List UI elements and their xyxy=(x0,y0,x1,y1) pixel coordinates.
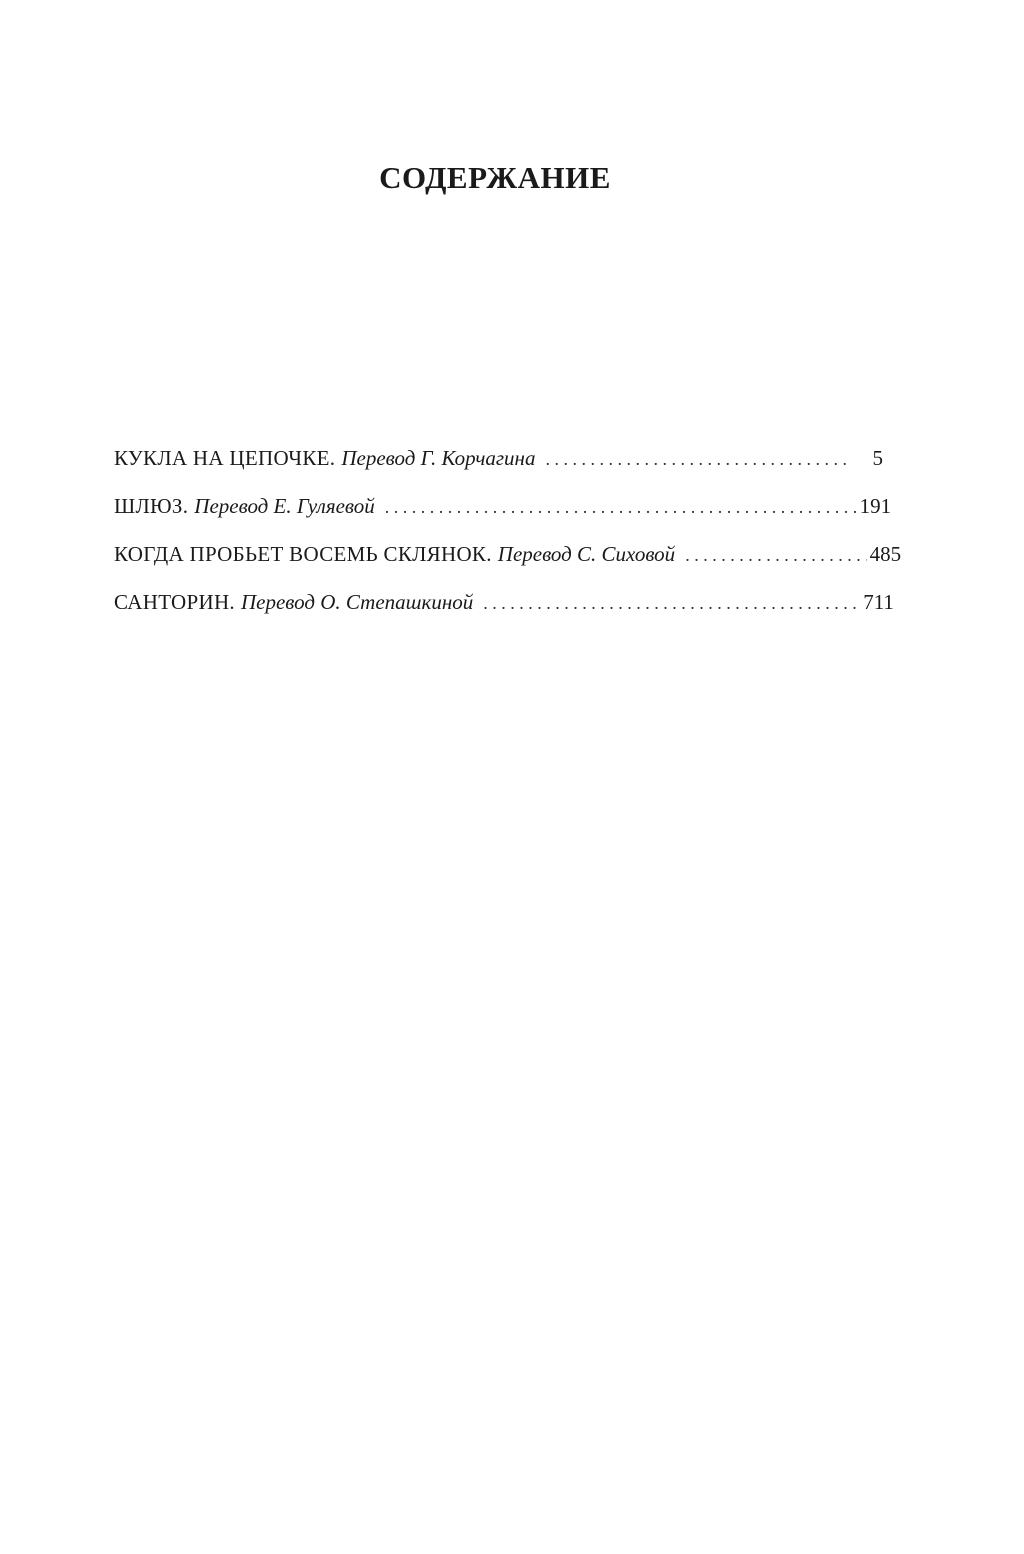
toc-entry-translator: Перевод С. Сиховой xyxy=(498,536,675,572)
toc-entry-translator: Перевод Е. Гуляевой xyxy=(194,488,374,524)
toc-entry-page-number: 5 xyxy=(872,440,876,476)
toc-entry[interactable]: КУКЛА НА ЦЕПОЧКЕ. Перевод Г. Корчагина 5 xyxy=(114,440,876,488)
toc-entry-page-number: 191 xyxy=(860,488,876,524)
toc-entry-page-number: 711 xyxy=(863,584,876,620)
toc-entry[interactable]: ШЛЮЗ. Перевод Е. Гуляевой 191 xyxy=(114,488,876,536)
toc-entry-page-number: 485 xyxy=(870,536,876,572)
toc-entry-translator: Перевод О. Степашкиной xyxy=(241,584,473,620)
toc-entry-title: КУКЛА НА ЦЕПОЧКЕ. xyxy=(114,440,335,476)
page-title: СОДЕРЖАНИЕ xyxy=(0,160,990,196)
dot-leader xyxy=(385,489,857,525)
dot-leader xyxy=(685,537,866,573)
table-of-contents: КУКЛА НА ЦЕПОЧКЕ. Перевод Г. Корчагина 5… xyxy=(114,440,876,632)
toc-entry-title: САНТОРИН. xyxy=(114,584,235,620)
dot-leader xyxy=(483,585,860,621)
toc-entry-title: ШЛЮЗ. xyxy=(114,488,188,524)
toc-entry[interactable]: САНТОРИН. Перевод О. Степашкиной 711 xyxy=(114,584,876,632)
toc-entry-title: КОГДА ПРОБЬЕТ ВОСЕМЬ СКЛЯНОК. xyxy=(114,536,492,572)
dot-leader xyxy=(545,441,850,477)
toc-entry[interactable]: КОГДА ПРОБЬЕТ ВОСЕМЬ СКЛЯНОК. Перевод С.… xyxy=(114,536,876,584)
toc-entry-translator: Перевод Г. Корчагина xyxy=(341,440,535,476)
